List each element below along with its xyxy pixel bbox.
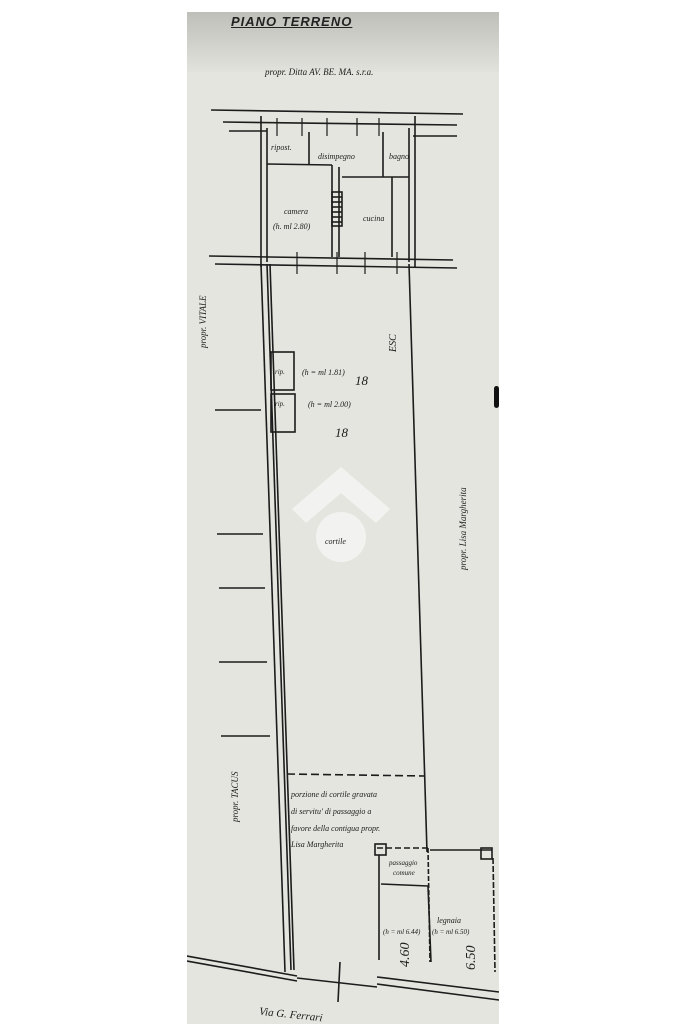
dim-left: 4.60 <box>399 943 413 968</box>
room-cortile: cortile <box>325 538 346 546</box>
room-camera-height: (h. ml 2.80) <box>273 223 310 231</box>
esc-mark: ESC <box>389 334 399 352</box>
mark-1: 18 <box>355 374 368 387</box>
room-left-height: (h = ml 6.44) <box>383 929 420 936</box>
room-rip-2-height: (h = ml 2.00) <box>308 401 351 409</box>
room-cucina: cucina <box>363 215 384 223</box>
mark-2: 18 <box>335 426 348 439</box>
dim-right: 6.50 <box>465 946 479 971</box>
room-rip-1-height: (h = ml 1.81) <box>302 369 345 377</box>
room-passaggio: passaggio <box>389 860 417 867</box>
room-bagno: bagno <box>389 153 409 161</box>
room-passaggio-sub: comune <box>393 870 415 877</box>
room-camera: camera <box>284 208 308 216</box>
room-legnaia-height: (h = ml 6.50) <box>432 929 469 936</box>
watermark-logo <box>292 467 390 567</box>
easement-note-3: favore della contigua propr. <box>291 825 380 833</box>
floor-plan-sheet: PIANO TERRENO propr. Ditta AV. BE. MA. s… <box>187 12 499 1024</box>
neighbor-left-top: propr. VITALE <box>199 295 208 348</box>
easement-note-1: porzione di cortile gravata <box>291 791 377 799</box>
room-ripostiglio: ripost. <box>271 144 292 152</box>
neighbor-left-bottom: propr. TACUS <box>231 771 240 822</box>
easement-note-2: di servitu' di passaggio a <box>291 808 371 816</box>
scan-edge-mark <box>494 386 499 408</box>
room-legnaia: legnaia <box>437 917 461 925</box>
neighbor-right: propr. Lisa Margherita <box>459 487 468 570</box>
room-rip-2: rip. <box>275 401 285 408</box>
room-disimpegno: disimpegno <box>318 153 355 161</box>
room-rip-1: rip. <box>275 369 285 376</box>
easement-note-4: Lisa Margherita <box>291 841 343 849</box>
